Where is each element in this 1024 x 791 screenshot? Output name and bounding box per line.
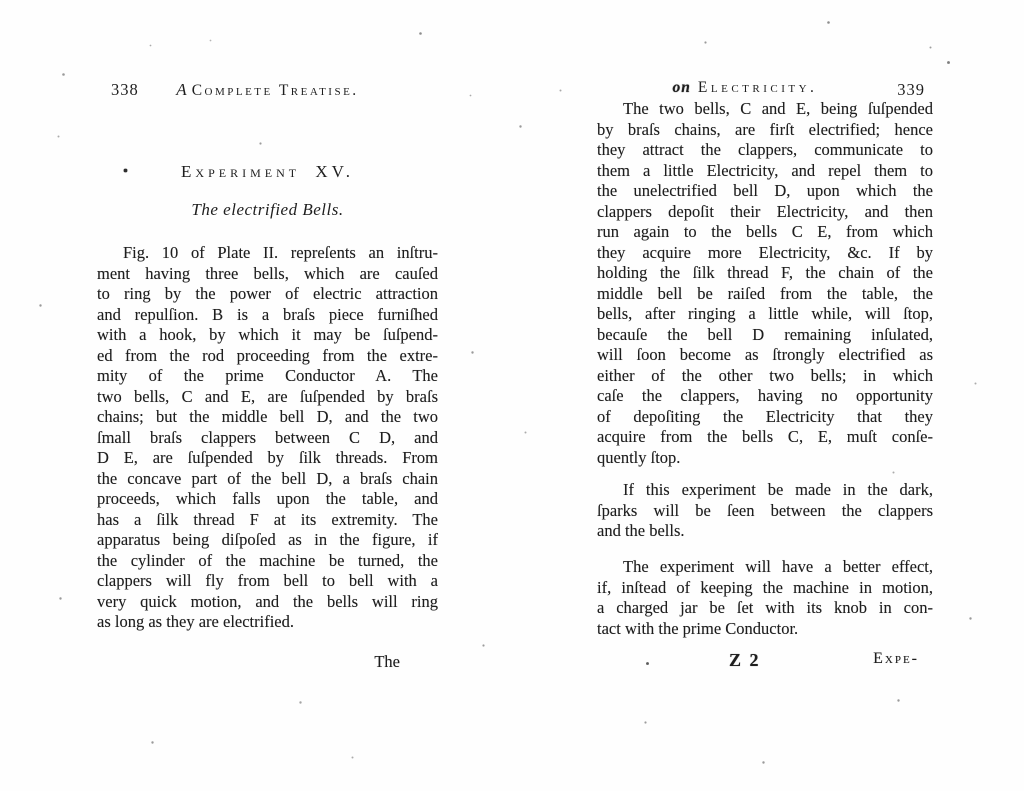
text-line: ſparks will be ſeen between the clappers (597, 501, 933, 522)
text-line: clappers depoſit their Electricity, and … (597, 202, 933, 223)
text-line: of depoſiting the Electricity that they (597, 407, 933, 428)
text-line: The two bells, C and E, being ſuſpended (597, 99, 933, 120)
signature-line: Z 2 Expe- (597, 650, 933, 672)
text-line: has a ſilk thread F at its extremity. Th… (97, 510, 438, 531)
text-line: them a little Electricity, and repel the… (597, 161, 933, 182)
text-line: middle bell be raiſed from the table, th… (597, 284, 933, 305)
text-line: run again to the bells C E, from which (597, 222, 933, 243)
experiment-subheading: The electrified Bells. (97, 200, 438, 220)
text-line: mity of the prime Conductor A. The (97, 366, 438, 387)
scan-noise-specks (0, 0, 1, 1)
text-line: two bells, C and E, are ſuſpended by bra… (97, 387, 438, 408)
left-header-italic-lead: A (176, 80, 186, 99)
text-line: by braſs chains, are firſt electrified; … (597, 120, 933, 141)
experiment-heading: Experiment XV. (97, 162, 438, 182)
text-line: chains; but the middle bell D, and the t… (97, 407, 438, 428)
text-line: If this experiment be made in the dark, (597, 480, 933, 501)
text-line: caſe the clappers, having no opportunity (597, 386, 933, 407)
left-running-head: 338 AComplete Treatise. (97, 80, 438, 100)
text-line: D E, are ſuſpended by ſilk threads. From (97, 448, 438, 469)
left-header-title: Complete Treatise. (192, 82, 359, 99)
text-line: the cylinder of the machine be turned, t… (97, 551, 438, 572)
text-line: tact with the prime Conductor. (597, 619, 933, 640)
text-line: if, inſtead of keeping the machine in mo… (597, 578, 933, 599)
text-line: as long as they are electrified. (97, 612, 438, 633)
left-body-paragraph: Fig. 10 of Plate II. repreſents an inſtr… (97, 243, 438, 633)
right-body-paragraph-3: The experiment will have a better effect… (597, 557, 933, 639)
text-line: a charged jar be ſet with its knob in co… (597, 598, 933, 619)
left-catchword: The (97, 652, 438, 672)
text-line: quently ſtop. (597, 448, 933, 469)
right-header-title: Electricity. (698, 79, 818, 96)
text-line: Fig. 10 of Plate II. repreſents an inſtr… (97, 243, 438, 264)
text-line: clappers will fly from bell to bell with… (97, 571, 438, 592)
text-line: ed from the rod proceeding from the extr… (97, 346, 438, 367)
text-line: and the bells. (597, 521, 933, 542)
text-line: and repulſion. B is a braſs piece furniſ… (97, 305, 438, 326)
right-catchword: Expe- (873, 650, 919, 668)
right-page-number: 339 (897, 80, 925, 100)
text-line: The experiment will have a better effect… (597, 557, 933, 578)
text-line: bells, after ringing a little while, wil… (597, 304, 933, 325)
text-line: becauſe the bell D remaining inſulated, (597, 325, 933, 346)
right-header-prefix: on (673, 79, 691, 96)
text-line: they attract the clappers, communicate t… (597, 140, 933, 161)
right-running-head: onElectricity. (577, 79, 913, 97)
left-page-number: 338 (111, 80, 139, 100)
text-line: to ring by the power of electric attract… (97, 284, 438, 305)
text-line: the concave part of the bell D, a braſs … (97, 469, 438, 490)
text-line: proceeds, which falls upon the table, an… (97, 489, 438, 510)
book-scan-spread: 338 AComplete Treatise. Experiment XV. T… (0, 0, 1024, 791)
text-line: with a hook, by which it may be ſuſpend- (97, 325, 438, 346)
text-line: will ſoon become as ſtrongly electrified… (597, 345, 933, 366)
text-line: holding the ſilk thread F, the chain of … (597, 263, 933, 284)
right-body-paragraph-1: The two bells, C and E, being ſuſpendedb… (597, 99, 933, 468)
text-line: acquire from the bells C, E, muſt conſe- (597, 427, 933, 448)
right-body-paragraph-2: If this experiment be made in the dark,ſ… (597, 480, 933, 542)
text-line: either of the other two bells; in which (597, 366, 933, 387)
text-line: very quick motion, and the bells will ri… (97, 592, 438, 613)
signature-mark: Z 2 (729, 650, 761, 671)
text-line: apparatus being diſpoſed as in the figur… (97, 530, 438, 551)
text-line: they acquire more Electricity, &c. If by (597, 243, 933, 264)
left-page: 338 AComplete Treatise. Experiment XV. T… (97, 0, 438, 791)
text-line: ſmall braſs clappers between C D, and (97, 428, 438, 449)
text-line: ment having three bells, which are cauſe… (97, 264, 438, 285)
right-page: onElectricity. 339 The two bells, C and … (597, 0, 933, 791)
text-line: the unelectrified bell D, upon which the (597, 181, 933, 202)
